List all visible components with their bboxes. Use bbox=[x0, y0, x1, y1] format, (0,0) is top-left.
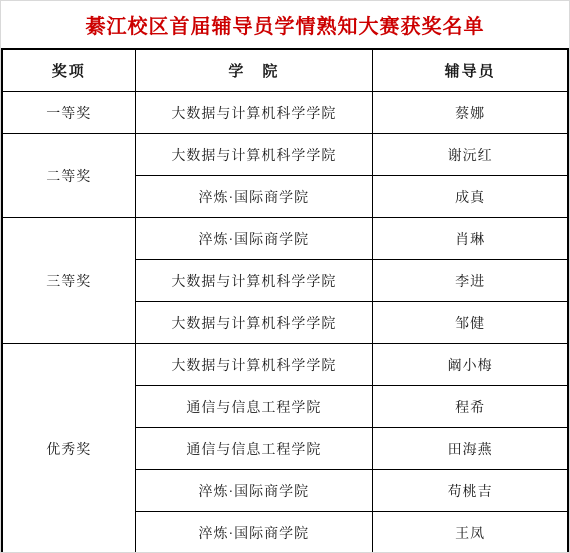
counselor-cell: 田海燕 bbox=[373, 428, 568, 470]
award-cell: 三等奖 bbox=[2, 218, 135, 344]
college-cell: 通信与信息工程学院 bbox=[135, 386, 373, 428]
counselor-cell: 苟桃吉 bbox=[373, 470, 568, 512]
table-row: 一等奖大数据与计算机科学学院蔡娜 bbox=[2, 92, 568, 134]
college-cell: 大数据与计算机科学学院 bbox=[135, 92, 373, 134]
award-cell: 一等奖 bbox=[2, 92, 135, 134]
table-row: 二等奖大数据与计算机科学学院谢沅红 bbox=[2, 134, 568, 176]
counselor-cell: 谢沅红 bbox=[373, 134, 568, 176]
column-header-college: 学 院 bbox=[135, 49, 373, 92]
college-cell: 大数据与计算机科学学院 bbox=[135, 302, 373, 344]
table-row: 优秀奖大数据与计算机科学学院阚小梅 bbox=[2, 344, 568, 386]
college-cell: 淬炼·国际商学院 bbox=[135, 512, 373, 553]
counselor-cell: 程希 bbox=[373, 386, 568, 428]
award-cell: 优秀奖 bbox=[2, 344, 135, 553]
document-page: 綦江校区首届辅导员学情熟知大赛获奖名单 奖项学 院辅导员 一等奖大数据与计算机科… bbox=[0, 0, 570, 553]
awards-table: 奖项学 院辅导员 一等奖大数据与计算机科学学院蔡娜二等奖大数据与计算机科学学院谢… bbox=[1, 48, 569, 553]
page-title: 綦江校区首届辅导员学情熟知大赛获奖名单 bbox=[1, 1, 569, 48]
column-header-award: 奖项 bbox=[2, 49, 135, 92]
counselor-cell: 成真 bbox=[373, 176, 568, 218]
counselor-cell: 李进 bbox=[373, 260, 568, 302]
column-header-counselor: 辅导员 bbox=[373, 49, 568, 92]
college-cell: 大数据与计算机科学学院 bbox=[135, 260, 373, 302]
college-cell: 淬炼·国际商学院 bbox=[135, 470, 373, 512]
table-row: 三等奖淬炼·国际商学院肖琳 bbox=[2, 218, 568, 260]
counselor-cell: 蔡娜 bbox=[373, 92, 568, 134]
college-cell: 大数据与计算机科学学院 bbox=[135, 344, 373, 386]
table-header-row: 奖项学 院辅导员 bbox=[2, 49, 568, 92]
counselor-cell: 王凤 bbox=[373, 512, 568, 553]
college-cell: 大数据与计算机科学学院 bbox=[135, 134, 373, 176]
college-cell: 淬炼·国际商学院 bbox=[135, 176, 373, 218]
counselor-cell: 阚小梅 bbox=[373, 344, 568, 386]
college-cell: 淬炼·国际商学院 bbox=[135, 218, 373, 260]
award-cell: 二等奖 bbox=[2, 134, 135, 218]
college-cell: 通信与信息工程学院 bbox=[135, 428, 373, 470]
counselor-cell: 肖琳 bbox=[373, 218, 568, 260]
counselor-cell: 邹健 bbox=[373, 302, 568, 344]
